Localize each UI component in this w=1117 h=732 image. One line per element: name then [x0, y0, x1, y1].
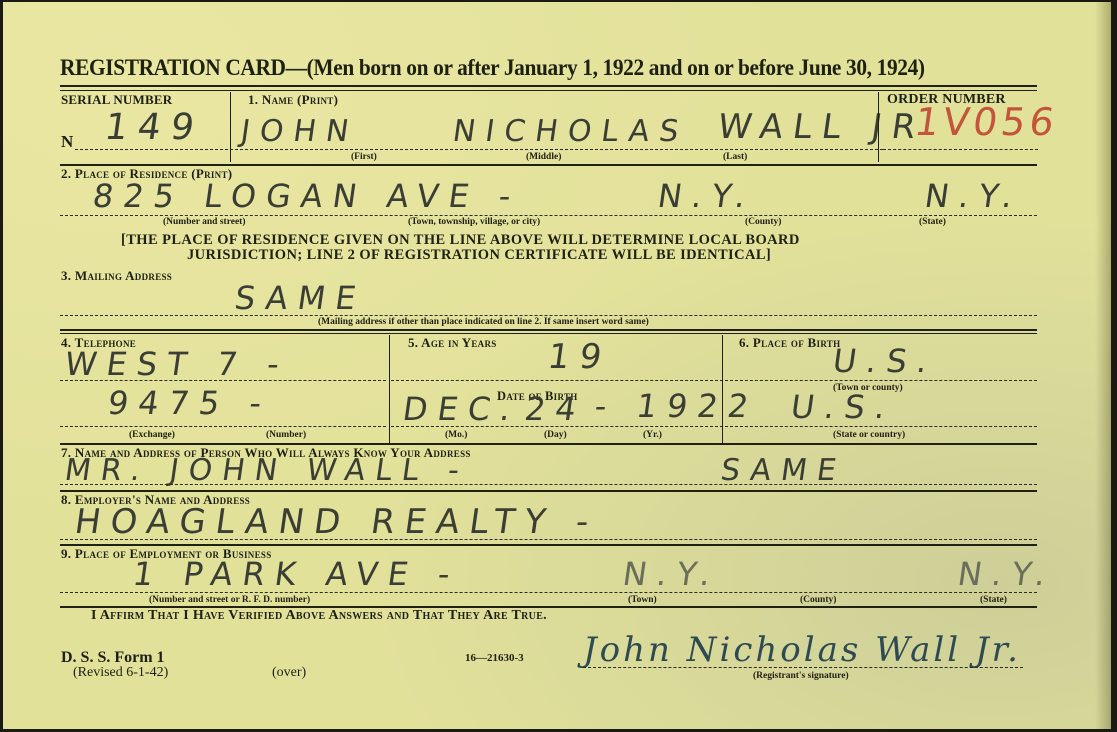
- serial-prefix: N: [61, 132, 73, 152]
- signature-caption: (Registrant's signature): [753, 671, 849, 681]
- residence-state-value: N.Y.: [922, 177, 1025, 215]
- residence-street-value: 825 LOGAN AVE -: [90, 177, 523, 215]
- last-name-value: WALL JR: [715, 107, 928, 147]
- divider: [230, 92, 231, 162]
- county-caption: (County): [745, 217, 781, 227]
- affirmation-text: I Affirm That I Have Verified Above Answ…: [91, 608, 547, 624]
- card-title: REGISTRATION CARD—(Men born on or after …: [60, 55, 925, 81]
- age-line: [391, 380, 723, 381]
- divider: [722, 335, 723, 443]
- dob-year-value: - 1922: [592, 387, 760, 425]
- employment-street-value: 1 PARK AVE -: [130, 555, 462, 593]
- birthplace-state-value: U.S.: [788, 388, 897, 426]
- title-rule-thin: [60, 90, 1037, 91]
- employment-town-value: N.Y.: [620, 555, 723, 593]
- serial-number-label: SERIAL NUMBER: [61, 92, 172, 108]
- first-caption: (First): [351, 152, 377, 162]
- title-rule: [60, 85, 1037, 87]
- employer-value: HOAGLAND REALTY -: [72, 502, 601, 542]
- middle-name-value: NICHOLAS: [451, 114, 691, 149]
- mailing-label: 3. Mailing Address: [61, 268, 172, 284]
- age-label: 5. Age in Years: [408, 335, 497, 351]
- mailing-value: SAME: [232, 279, 368, 317]
- jurisdiction-notice-1: [THE PLACE OF RESIDENCE GIVEN ON THE LIN…: [121, 233, 800, 248]
- employment-county-caption: (County): [800, 595, 836, 605]
- form-revision: (Revised 6-1-42): [73, 665, 168, 681]
- exchange-caption: (Exchange): [129, 430, 175, 440]
- town-caption: (Town, township, village, or city): [408, 217, 540, 227]
- residence-line: [60, 215, 1037, 216]
- registrant-signature: John Nicholas Wall Jr.: [583, 630, 1021, 670]
- mailing-caption: (Mailing address if other than place ind…: [318, 317, 649, 327]
- name-line: [75, 149, 883, 150]
- row-rule-thin: [60, 333, 1037, 334]
- state-caption: (State): [919, 217, 946, 227]
- dob-day-value: 24: [522, 390, 588, 428]
- birthplace-town-value: U.S.: [830, 342, 939, 380]
- residence-town-value: N.Y.: [655, 177, 758, 215]
- signature-line: [583, 667, 1023, 668]
- divider: [389, 335, 390, 443]
- contact-name-value: MR. JOHN WALL -: [63, 453, 472, 488]
- birthplace-state-caption: (State or country): [833, 430, 905, 440]
- contact-address-value: SAME: [719, 453, 849, 488]
- street-caption: (Number and street): [163, 217, 246, 227]
- birthplace-line-1: [725, 380, 1037, 381]
- telephone-line-2: [60, 426, 386, 427]
- row-rule: [60, 329, 1037, 331]
- print-code: 16—21630-3: [465, 652, 524, 664]
- employment-state-caption: (State): [980, 595, 1007, 605]
- divider: [878, 92, 879, 162]
- day-caption: (Day): [544, 430, 567, 440]
- birthplace-label: 6. Place of Birth: [739, 335, 840, 351]
- birthplace-line-2: [725, 426, 1037, 427]
- employment-street-caption: (Number and street or R. F. D. number): [149, 595, 310, 605]
- order-number-value: 1V056: [912, 100, 1061, 144]
- middle-caption: (Middle): [526, 152, 561, 162]
- dob-line: [391, 426, 723, 427]
- employment-town-caption: (Town): [628, 595, 657, 605]
- name-label: 1. Name (Print): [248, 92, 338, 108]
- employment-state-value: N.Y.: [955, 555, 1058, 593]
- last-caption: (Last): [723, 152, 747, 162]
- yr-caption: (Yr.): [643, 430, 662, 440]
- serial-number-value: 149: [102, 107, 206, 148]
- telephone-exchange-value: WEST 7 -: [62, 345, 291, 383]
- telephone-line-1: [60, 380, 386, 381]
- telephone-number-value: 9475 -: [105, 384, 273, 422]
- employer-line: [60, 539, 1037, 540]
- first-name-value: JOHN: [239, 114, 361, 149]
- jurisdiction-notice-2: JURISDICTION; LINE 2 OF REGISTRATION CER…: [187, 248, 771, 263]
- card-edge-shadow: [1095, 2, 1111, 729]
- over-note: (over): [272, 665, 306, 681]
- dob-month-value: DEC.: [400, 390, 523, 428]
- registration-card: REGISTRATION CARD—(Men born on or after …: [3, 2, 1111, 729]
- mailing-line: [60, 315, 1037, 316]
- contact-line: [60, 484, 1037, 485]
- employment-line: [60, 592, 1037, 593]
- age-value: 19: [545, 337, 614, 377]
- number-caption: (Number): [266, 430, 306, 440]
- order-line: [883, 149, 1038, 150]
- mo-caption: (Mo.): [445, 430, 467, 440]
